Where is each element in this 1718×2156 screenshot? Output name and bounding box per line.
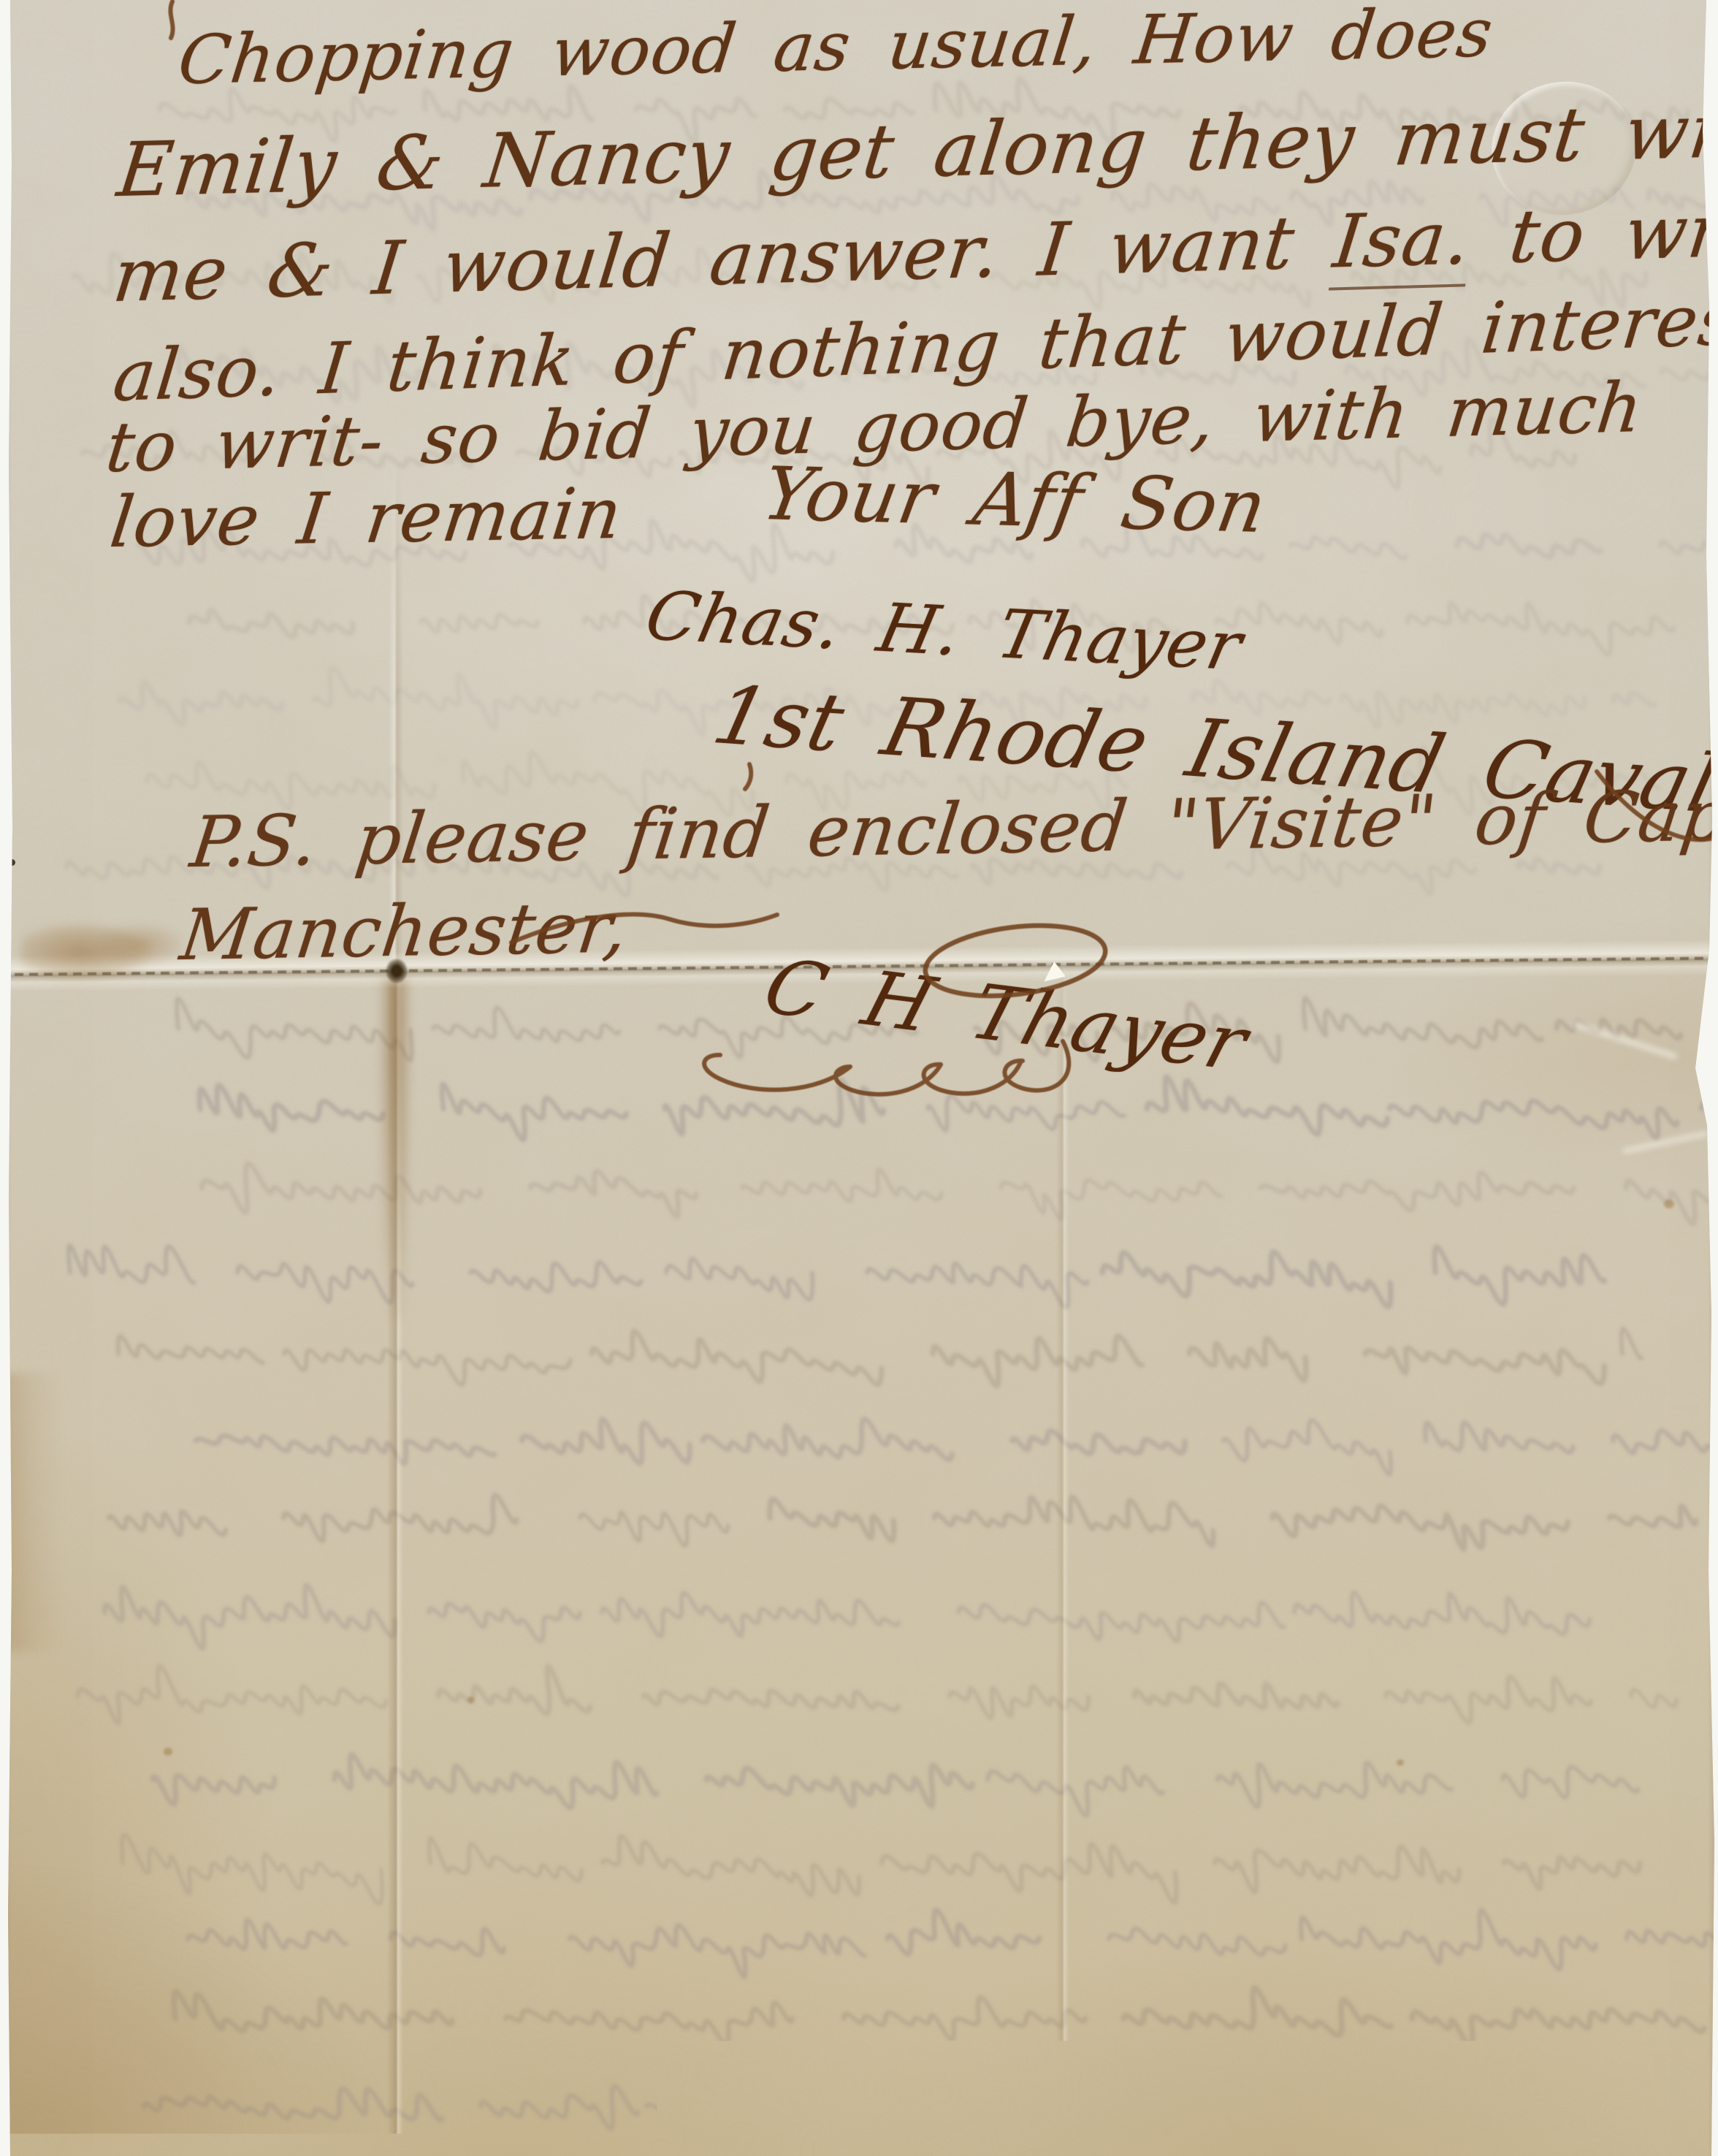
apostrophe-mark xyxy=(745,764,751,789)
fold-damage-hole xyxy=(386,959,408,983)
cavalry-tail-flourish xyxy=(1597,772,1717,839)
scanned-letter: { "letter": { "line1": "Chopping wood as… xyxy=(0,0,1718,2156)
letter-sheet: Chopping wood as usual, How does Emily &… xyxy=(0,0,1718,2156)
signature-under-curls xyxy=(704,1041,1069,1094)
manchester-tail-flourish xyxy=(511,915,777,942)
stray-ink-mark xyxy=(170,1,172,38)
signature-oval-flourish xyxy=(921,916,1109,1005)
signature-flourish-layer xyxy=(0,0,1718,2156)
